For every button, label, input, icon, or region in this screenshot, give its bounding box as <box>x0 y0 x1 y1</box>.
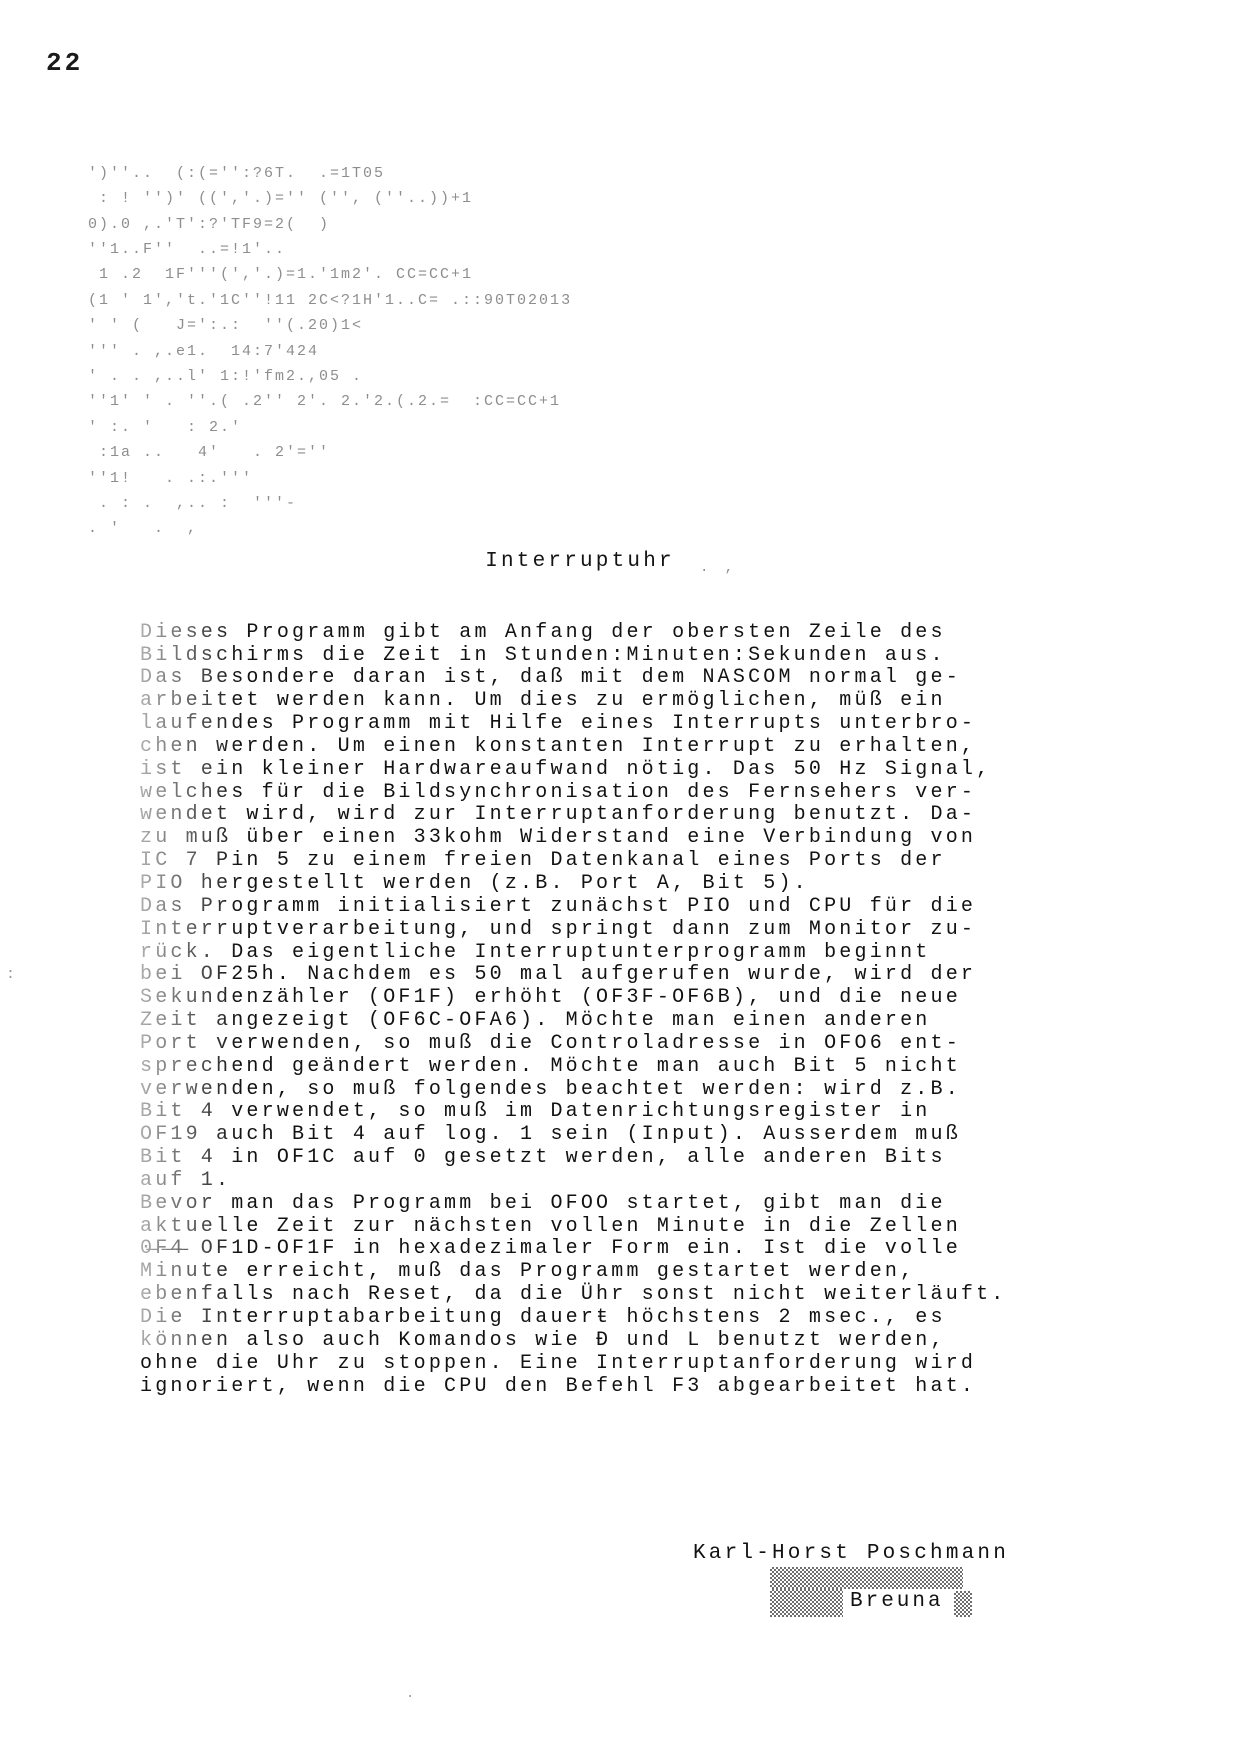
scanned-document-page: { "page": { "number": "22" }, "colors": … <box>0 0 1240 1754</box>
signature-location: Breuna <box>847 1590 947 1613</box>
text-line: Sekundenzähler (OF1F) erhöht (OF3F-OF6B)… <box>140 987 1040 1010</box>
code-line: ''1..F'' ..=!1'.. <box>88 237 708 262</box>
page-number: 22 <box>46 48 83 78</box>
text-line: Das Besondere daran ist, daß mit dem NAS… <box>140 667 1040 690</box>
text-line: Port verwenden, so muß die Controladress… <box>140 1033 1040 1056</box>
code-line: ' ' ( J=':.: ''(.20)1< <box>88 313 708 338</box>
text-line: wendet wird, wird zur Interruptanforderu… <box>140 804 1040 827</box>
text-line: ohne die Uhr zu stoppen. Eine Interrupta… <box>140 1353 1040 1376</box>
text-line: können also auch Komandos wie Đ und L be… <box>140 1330 1040 1353</box>
text-line: Zeit angezeigt (OF6C-OFA6). Möchte man e… <box>140 1010 1040 1033</box>
article-body: Dieses Programm gibt am Anfang der obers… <box>140 576 1040 1398</box>
text-line: Bit 4 verwendet, so muß im Datenrichtung… <box>140 1101 1040 1124</box>
text-line: Das Programm initialisiert zunächst PIO … <box>140 896 1040 919</box>
redaction-block-right <box>954 1591 972 1617</box>
text-line: aktuelle Zeit zur nächsten vollen Minute… <box>140 1216 1040 1239</box>
text-line: 0̶F̶4̶ OF1D-OF1F in hexadezimaler Form e… <box>140 1238 1040 1261</box>
text-line: ebenfalls nach Reset, da die Ühr sonst n… <box>140 1284 1040 1307</box>
text-line: Bevor man das Programm bei OFOO startet,… <box>140 1193 1040 1216</box>
redaction-block-left <box>770 1589 843 1617</box>
text-line: Bit 4 in OF1C auf 0 gesetzt werden, alle… <box>140 1147 1040 1170</box>
text-line: chen werden. Um einen konstanten Interru… <box>140 736 1040 759</box>
text-line: Dieses Programm gibt am Anfang der obers… <box>140 622 1040 645</box>
code-line: ''' . ,.e1. 14:7'424 <box>88 339 708 364</box>
title-side-smudge: . , <box>700 560 737 576</box>
code-line: ''1! . .:.''' <box>88 466 708 491</box>
text-line: arbeitet werden kann. Um dies zu ermögli… <box>140 690 1040 713</box>
text-line: verwenden, so muß folgendes beachtet wer… <box>140 1079 1040 1102</box>
text-line: zu muß über einen 33kohm Widerstand eine… <box>140 827 1040 850</box>
text-line: sprechend geändert werden. Möchte man au… <box>140 1056 1040 1079</box>
text-line: Minute erreicht, muß das Programm gestar… <box>140 1261 1040 1284</box>
text-line: rück. Das eigentliche Interruptunterprog… <box>140 942 1040 965</box>
text-line: auf 1. <box>140 1170 1040 1193</box>
text-line: Die Interruptabarbeitung dauerŧ höchsten… <box>140 1307 1040 1330</box>
code-line: ' . . ,..l' 1:!'fm2.,05 . <box>88 364 708 389</box>
text-line: Bildschirms die Zeit in Stunden:Minuten:… <box>140 645 1040 668</box>
code-line: . ' . , <box>88 516 708 541</box>
code-line: 0).0 ,.'T':?'TF9=2( ) <box>88 212 708 237</box>
text-line: PIO hergestellt werden (z.B. Port A, Bit… <box>140 873 1040 896</box>
signature-name: Karl-Horst Poschmann <box>693 1542 1009 1565</box>
text-line: ignoriert, wenn die CPU den Befehl F3 ab… <box>140 1376 1040 1399</box>
code-listing: ')''.. (:(='':?6T. .=1T05 : ! '')' ((','… <box>88 110 708 542</box>
code-line: :1a .. 4' . 2'='' <box>88 440 708 465</box>
code-line: (1 ' 1','t.'1C''!11 2C<?1H'1..C= .::90T0… <box>88 288 708 313</box>
text-line: IC 7 Pin 5 zu einem freien Datenkanal ei… <box>140 850 1040 873</box>
margin-smudge: : <box>6 966 15 983</box>
text-line: OF19 auch Bit 4 auf log. 1 sein (Input).… <box>140 1124 1040 1147</box>
text-line: welches für die Bildsynchronisation des … <box>140 782 1040 805</box>
code-line: : ! '')' ((','.)='' ('', (''..))+1 <box>88 186 708 211</box>
code-line: 1 .2 1F'''(','.)=1.'1m2'. CC=CC+1 <box>88 262 708 287</box>
text-line: laufendes Programm mit Hilfe eines Inter… <box>140 713 1040 736</box>
article-title: Interruptuhr <box>140 550 1020 573</box>
code-line: ')''.. (:(='':?6T. .=1T05 <box>88 161 708 186</box>
code-line: ''1' ' . ''.( .2'' 2'. 2.'2.(.2.= :CC=CC… <box>88 389 708 414</box>
code-line: . : . ,.. : '''- <box>88 491 708 516</box>
text-line: bei OF25h. Nachdem es 50 mal aufgerufen … <box>140 964 1040 987</box>
text-line: Interruptverarbeitung, und springt dann … <box>140 919 1040 942</box>
footer-smudge: . <box>406 1686 414 1702</box>
code-line: ' :. ' : 2.' <box>88 415 708 440</box>
redaction-bar <box>770 1567 963 1589</box>
text-line: ist ein kleiner Hardwareaufwand nötig. D… <box>140 759 1040 782</box>
